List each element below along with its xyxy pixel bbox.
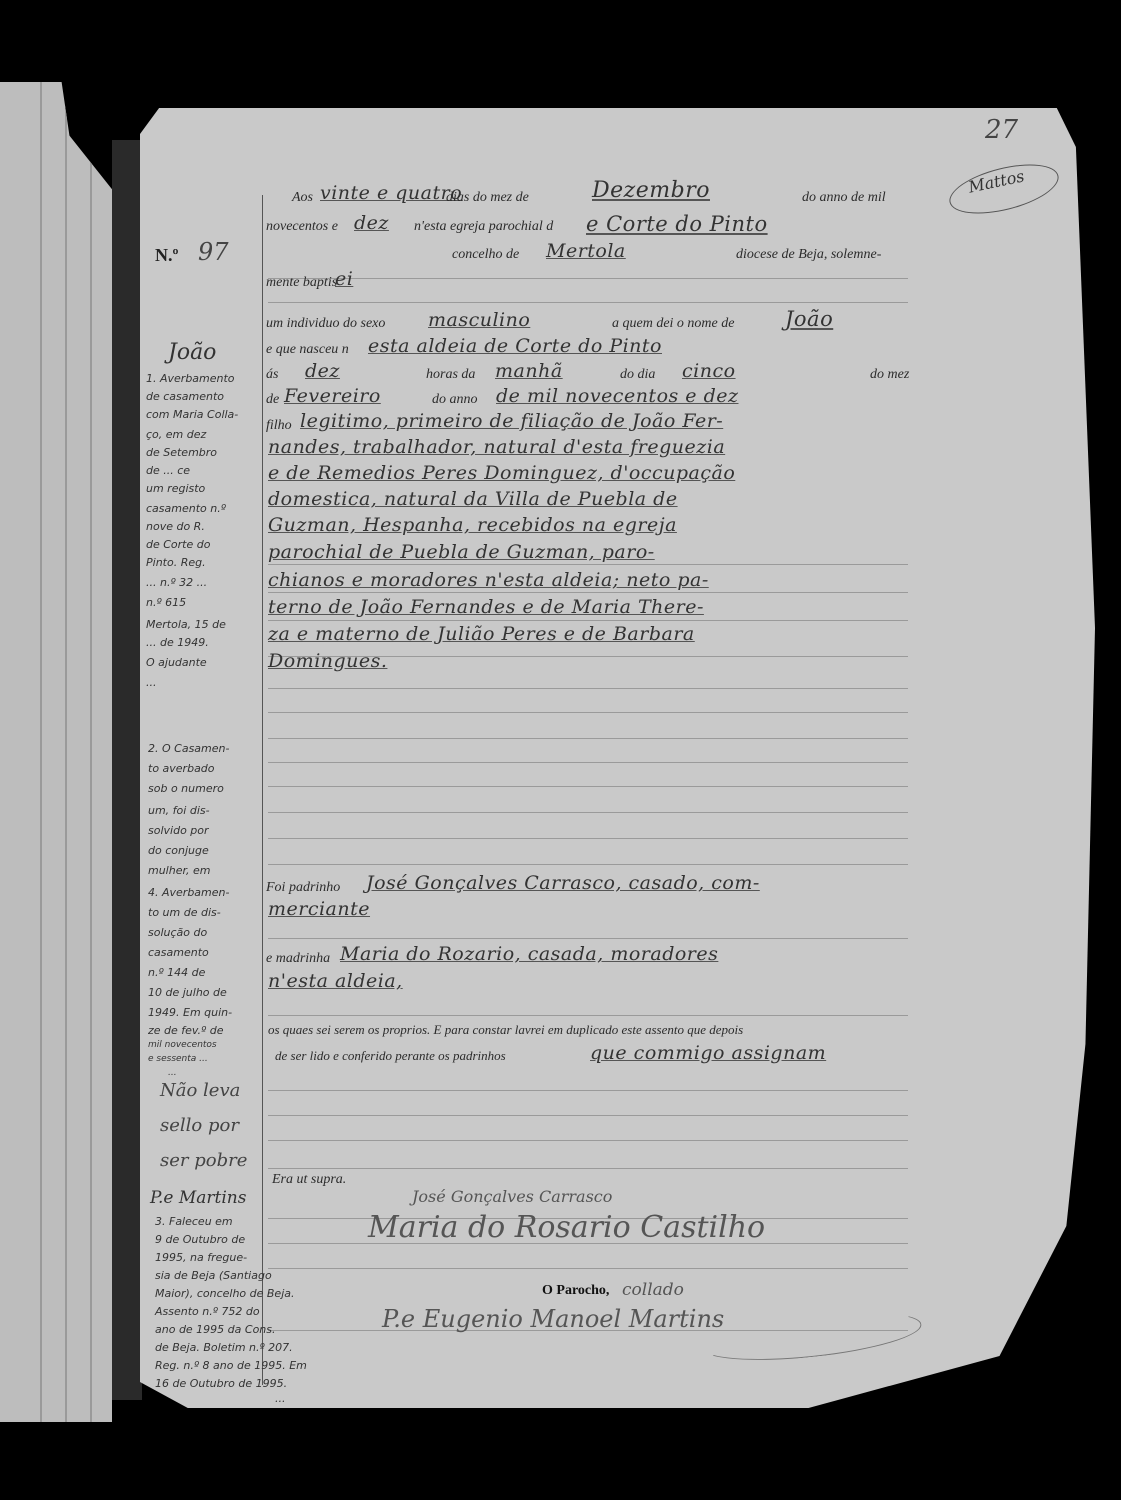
field-baptis-suffix: ei bbox=[335, 268, 353, 290]
body-line: nandes, trabalhador, natural d'esta freg… bbox=[268, 436, 725, 458]
text-baptis: mente baptis bbox=[266, 275, 337, 291]
era-ut-supra: Era ut supra. bbox=[272, 1172, 346, 1188]
field-period: manhã bbox=[495, 360, 563, 382]
text-filho: filho bbox=[266, 418, 292, 434]
body-line: e de Remedios Peres Dominguez, d'occupaç… bbox=[268, 462, 735, 484]
field-birth-year: de mil novecentos e dez bbox=[496, 385, 739, 407]
parocho-label: O Parocho, bbox=[542, 1283, 609, 1299]
field-year: dez bbox=[354, 212, 389, 234]
body-line: Guzman, Hespanha, recebidos na egreja bbox=[268, 514, 677, 536]
text-anno-2: do anno bbox=[432, 392, 478, 408]
field-closing: que commigo assignam bbox=[590, 1042, 826, 1064]
text-mez: do mez bbox=[870, 367, 909, 383]
body-line: Domingues. bbox=[268, 650, 387, 672]
field-filiation: legitimo, primeiro de filiação de João F… bbox=[300, 410, 723, 432]
text-anno: do anno de mil bbox=[802, 190, 886, 206]
label-godmother: e madrinha bbox=[266, 951, 330, 967]
field-godmother-cont: n'esta aldeia, bbox=[268, 970, 403, 992]
text-novecentos: novecentos e bbox=[266, 219, 338, 235]
signature-godfather: José Gonçalves Carrasco bbox=[412, 1187, 612, 1206]
signature-godmother: Maria do Rosario Castilho bbox=[368, 1210, 765, 1245]
text-nome: a quem dei o nome de bbox=[612, 316, 734, 332]
text-dias: dias do mez de bbox=[446, 190, 529, 206]
body-line: domestica, natural da Villa de Puebla de bbox=[268, 488, 678, 510]
body-line: parochial de Puebla de Guzman, paro- bbox=[268, 541, 655, 563]
text-dia: do dia bbox=[620, 367, 655, 383]
page-number: 27 bbox=[985, 115, 1018, 145]
book-gutter bbox=[112, 140, 142, 1400]
field-godmother: Maria do Rozario, casada, moradores bbox=[340, 943, 718, 965]
field-hour: dez bbox=[305, 360, 340, 382]
field-parish: e Corte do Pinto bbox=[586, 212, 768, 236]
margin-name: João bbox=[168, 340, 216, 365]
label-godfather: Foi padrinho bbox=[266, 880, 340, 896]
text-egreja: n'esta egreja parochial d bbox=[414, 219, 553, 235]
text-horas: horas da bbox=[426, 367, 475, 383]
field-godfather-cont: merciante bbox=[268, 898, 370, 920]
parocho-status: collado bbox=[622, 1280, 684, 1300]
margin-rule bbox=[262, 195, 263, 1385]
text-de: de bbox=[266, 392, 279, 408]
left-page-edges bbox=[0, 82, 112, 1422]
text-aos: Aos bbox=[292, 190, 313, 206]
body-line: chianos e moradores n'esta aldeia; neto … bbox=[268, 569, 709, 591]
field-birth-day: cinco bbox=[682, 360, 736, 382]
field-name: João bbox=[785, 307, 833, 331]
field-day: vinte e quatro bbox=[320, 182, 462, 204]
field-birthplace: esta aldeia de Corte do Pinto bbox=[368, 335, 662, 357]
body-line: terno de João Fernandes e de Maria There… bbox=[268, 596, 704, 618]
text-diocese: diocese de Beja, solemne- bbox=[736, 247, 881, 263]
field-birth-month: Fevereiro bbox=[284, 385, 381, 407]
body-line: za e materno de Julião Peres e de Barbar… bbox=[268, 623, 695, 645]
closing-text-2: de ser lido e conferido perante os padri… bbox=[275, 1048, 506, 1064]
text-concelho: concelho de bbox=[452, 247, 519, 263]
record-number: 97 bbox=[198, 238, 229, 266]
field-sex: masculino bbox=[428, 309, 530, 331]
text-nasceu: e que nasceu n bbox=[266, 342, 349, 358]
signature-priest: P.e Eugenio Manoel Martins bbox=[382, 1305, 724, 1333]
field-concelho: Mertola bbox=[546, 240, 626, 262]
text-sexo: um individuo do sexo bbox=[266, 316, 385, 332]
field-month: Dezembro bbox=[592, 178, 710, 203]
field-godfather: José Gonçalves Carrasco, casado, com- bbox=[366, 872, 760, 894]
text-as: ás bbox=[266, 367, 278, 383]
closing-text: os quaes sei serem os proprios. E para c… bbox=[268, 1022, 743, 1038]
record-number-label: N.º bbox=[155, 245, 178, 266]
